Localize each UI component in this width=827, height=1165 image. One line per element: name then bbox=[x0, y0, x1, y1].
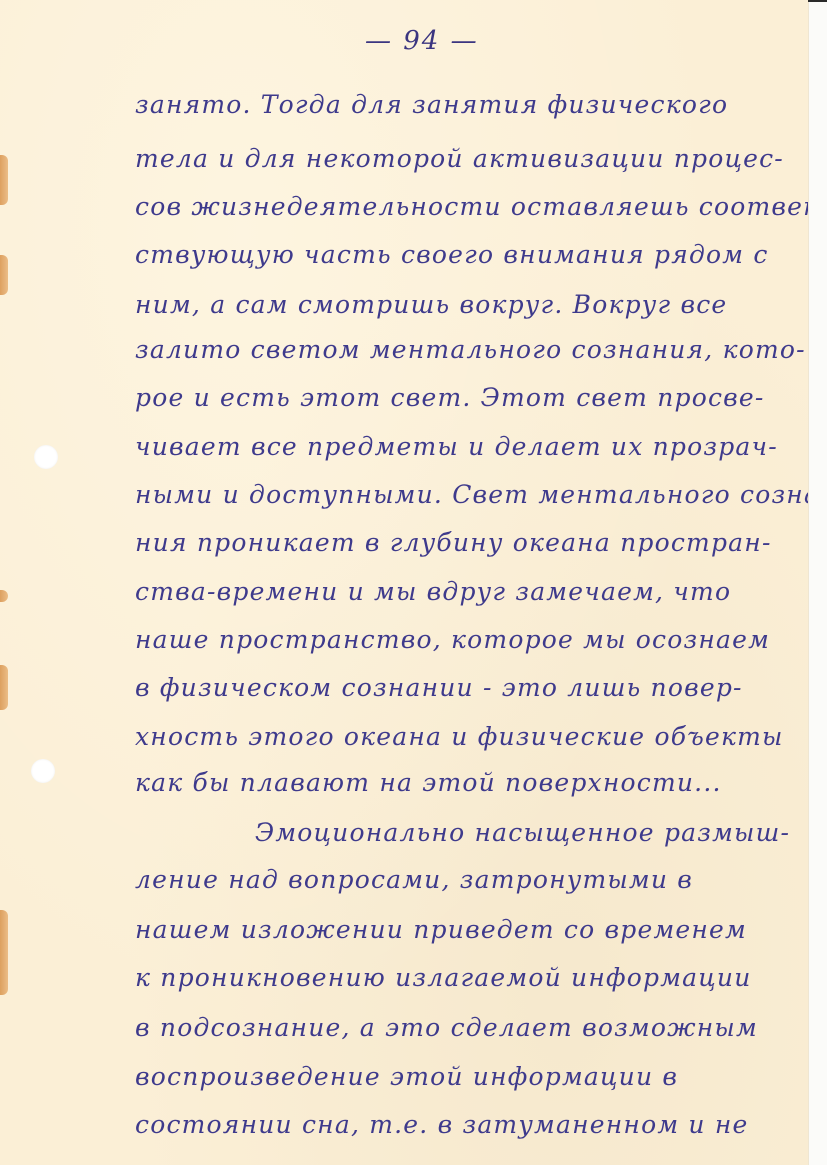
punch-hole bbox=[34, 445, 58, 469]
text-line: воспроизведение этой информации в bbox=[135, 1062, 678, 1091]
page-number: — 94 — bbox=[365, 26, 479, 56]
paper-stain bbox=[0, 590, 8, 602]
text-line: к проникновению излагаемой информации bbox=[135, 963, 752, 992]
text-line: в подсознание, а это сделает возможным bbox=[135, 1013, 758, 1042]
scanner-margin bbox=[808, 0, 827, 1165]
paper-stain bbox=[0, 910, 8, 995]
text-line: сов жизнедеятельности оставляешь соответ… bbox=[135, 192, 827, 221]
paper-stain bbox=[0, 155, 8, 205]
text-line: хность этого океана и физические объекты bbox=[135, 722, 784, 751]
paper-stain bbox=[0, 665, 8, 710]
scanner-edge bbox=[808, 0, 827, 2]
text-line: нашем изложении приведет со временем bbox=[135, 915, 747, 944]
paper-stain bbox=[0, 255, 8, 295]
text-line: чивает все предметы и делает их прозрач- bbox=[135, 432, 778, 461]
text-line: ными и доступными. Свет ментального созн… bbox=[135, 480, 827, 509]
text-line: ление над вопросами, затронутыми в bbox=[135, 865, 693, 894]
text-line: занято. Тогда для занятия физического bbox=[135, 90, 728, 119]
text-line: ния проникает в глубину океана простран- bbox=[135, 528, 772, 557]
punch-hole bbox=[31, 759, 55, 783]
text-line: состоянии сна, т.е. в затуманенном и не bbox=[135, 1110, 749, 1139]
text-line: наше пространство, которое мы осознаем bbox=[135, 625, 770, 654]
text-line: рое и есть этот свет. Этот свет просве- bbox=[135, 383, 765, 412]
text-line: как бы плавают на этой поверхности... bbox=[135, 768, 722, 797]
text-line: залито светом ментального сознания, кото… bbox=[135, 335, 806, 364]
text-line: тела и для некоторой активизации процес- bbox=[135, 144, 784, 173]
text-line: в физическом сознании - это лишь повер- bbox=[135, 673, 743, 702]
text-line: ствующую часть своего внимания рядом с bbox=[135, 240, 769, 269]
paragraph-start-line: Эмоционально насыщенное размыш- bbox=[255, 818, 790, 847]
scanned-page: — 94 — занято. Тогда для занятия физичес… bbox=[0, 0, 808, 1165]
text-line: ства-времени и мы вдруг замечаем, что bbox=[135, 577, 731, 606]
text-line: ним, а сам смотришь вокруг. Вокруг все bbox=[135, 290, 727, 319]
